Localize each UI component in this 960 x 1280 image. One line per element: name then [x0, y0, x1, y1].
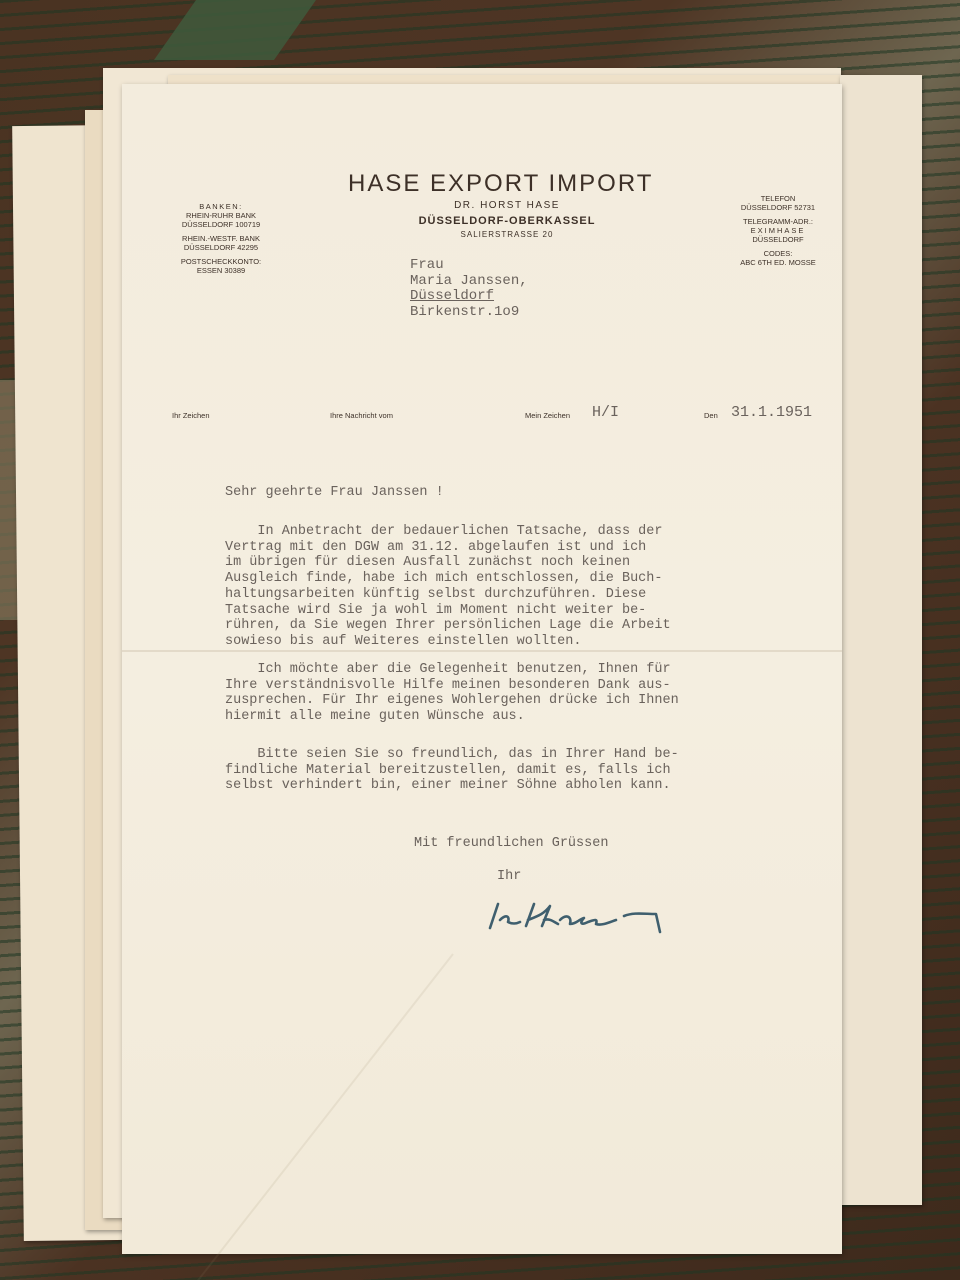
- ihr-zeichen-label: Ihr Zeichen: [172, 411, 210, 420]
- bank1-account: DÜSSELDORF 100719: [166, 220, 276, 229]
- telefon-value: DÜSSELDORF 52731: [718, 203, 838, 212]
- company-street: SALIERSTRASSE 20: [348, 230, 666, 239]
- background-camo-green: [154, 0, 316, 60]
- recipient-title: Frau: [410, 258, 528, 274]
- letter-paragraph-2: Ich möchte aber die Gelegenheit benutzen…: [225, 662, 825, 725]
- letter-page: HASE EXPORT IMPORT DR. HORST HASE DÜSSEL…: [122, 84, 842, 1254]
- recipient-name: Maria Janssen,: [410, 274, 528, 290]
- codes-value: ABC 6th ED. MOSSE: [718, 258, 838, 267]
- fold-line: [122, 650, 842, 652]
- telegramm-value: EXIMHASE: [718, 226, 838, 235]
- telegramm-label: TELEGRAMM-ADR.:: [718, 217, 838, 226]
- recipient-address: Frau Maria Janssen, Düsseldorf Birkenstr…: [410, 258, 528, 320]
- letter-paragraph-3: Bitte seien Sie so freundlich, das in Ih…: [225, 747, 825, 794]
- paper-sheet-back: [840, 75, 922, 1205]
- recipient-city: Düsseldorf: [410, 289, 528, 305]
- banks-label: BANKEN:: [166, 202, 276, 211]
- company-owner: DR. HORST HASE: [348, 200, 666, 211]
- bank1-name: RHEIN-RUHR BANK: [166, 211, 276, 220]
- mein-zeichen-value: H/I: [592, 404, 619, 421]
- postscheck-account: ESSEN 30389: [166, 266, 276, 275]
- ihre-nachricht-label: Ihre Nachricht vom: [330, 411, 393, 420]
- contact-info: TELEFON DÜSSELDORF 52731 TELEGRAMM-ADR.:…: [718, 194, 838, 267]
- signature-icon: [484, 892, 724, 952]
- bank2-account: DÜSSELDORF 42295: [166, 243, 276, 252]
- letter-closing-ihr: Ihr: [497, 869, 521, 884]
- den-label: Den: [704, 411, 718, 420]
- codes-label: CODES:: [718, 249, 838, 258]
- telegramm-city: DÜSSELDORF: [718, 235, 838, 244]
- company-name: HASE EXPORT IMPORT: [348, 170, 653, 198]
- letter-date: 31.1.1951: [731, 404, 812, 421]
- letter-closing: Mit freundlichen Grüssen: [414, 836, 608, 851]
- bank2-name: RHEIN.-WESTF. BANK: [166, 234, 276, 243]
- telefon-label: TELEFON: [718, 194, 838, 203]
- recipient-street: Birkenstr.1o9: [410, 305, 528, 321]
- letter-paragraph-1: In Anbetracht der bedauerlichen Tatsache…: [225, 524, 825, 650]
- bank-info: BANKEN: RHEIN-RUHR BANK DÜSSELDORF 10071…: [166, 202, 276, 275]
- company-city: DÜSSELDORF-OBERKASSEL: [348, 215, 666, 227]
- letter-salutation: Sehr geehrte Frau Janssen !: [225, 485, 825, 501]
- mein-zeichen-label: Mein Zeichen: [525, 411, 570, 420]
- postscheck-label: POSTSCHECKKONTO:: [166, 257, 276, 266]
- crease-line: [194, 953, 454, 1280]
